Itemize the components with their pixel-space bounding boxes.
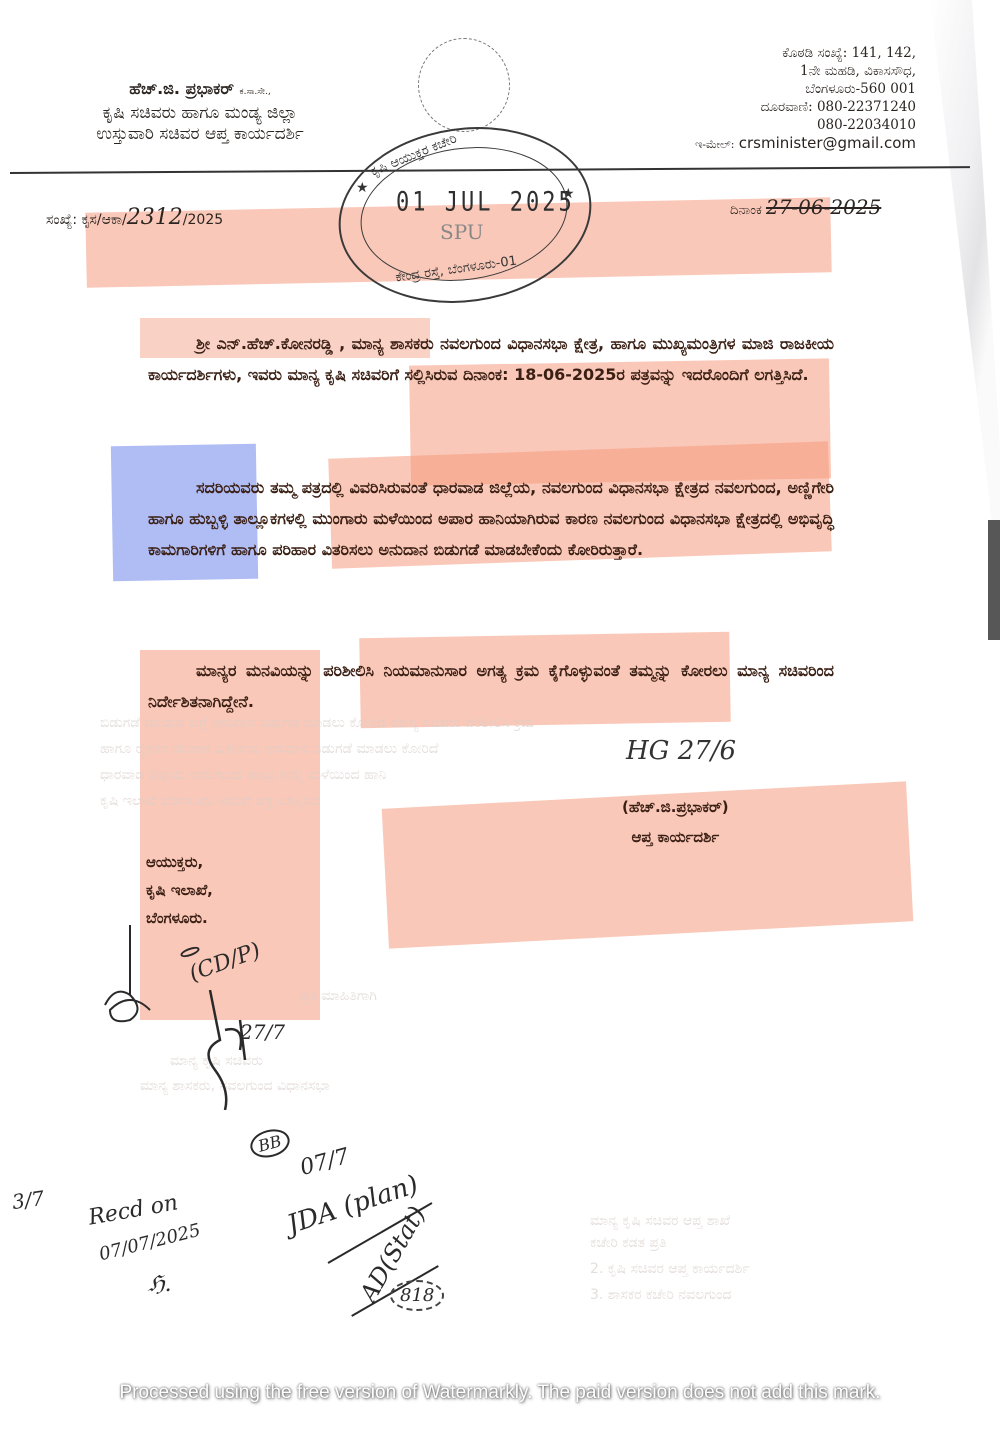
paper-shadow bbox=[988, 520, 1000, 640]
paragraph-3: ಮಾನ್ಯರ ಮನವಿಯನ್ನು ಪರಿಶೀಲಿಸಿ ನಿಯಮಾನುಸಾರ ಅಗ… bbox=[148, 655, 834, 717]
floor-building: 1ನೇ ಮಹಡಿ, ವಿಕಾಸಸೌಧ, bbox=[695, 62, 916, 80]
email-line: ಇ-ಮೇಲ್: crsminister@gmail.com bbox=[695, 134, 916, 154]
bleed-through-text: ಧಾರವಾಡ ಜಿಲ್ಲೆಯ ನವಲಗುಂದ ತಾಲ್ಲೂಕಿನಲ್ಲಿ ಮಳೆ… bbox=[100, 764, 386, 786]
room-number: ಕೊಠಡಿ ಸಂಖ್ಯೆ: 141, 142, bbox=[695, 44, 916, 62]
handwritten-signature-2 bbox=[195, 990, 275, 1110]
bleed-through-text: ಕಚೇರಿ ಕಡತ ಪ್ರತಿ bbox=[590, 1232, 666, 1254]
stamp-date: 01 JUL 2025 bbox=[396, 188, 575, 218]
bleed-through-text: ಮಾನ್ಯ ಕೃಷಿ ಸಚಿವರ ಆಪ್ತ ಶಾಖೆ bbox=[590, 1210, 730, 1232]
handwritten-forward-date: 07/7 bbox=[298, 1144, 352, 1181]
star-icon: ★ bbox=[356, 180, 369, 196]
addressee-line: ಕೃಷಿ ಇಲಾಖೆ, bbox=[146, 876, 213, 904]
handwritten-date: 27-06-2025 bbox=[766, 195, 881, 219]
govt-emblem-stamp bbox=[418, 38, 510, 132]
addressee-line: ಆಯುಕ್ತರು, bbox=[146, 848, 213, 876]
reference-number: ಸಂಖ್ಯೆ: ಕೃಸ/ಆಕಾ/2312/2025 bbox=[46, 205, 223, 230]
watermark-text: Processed using the free version of Wate… bbox=[0, 1382, 1000, 1404]
sender-name: ಹೆಚ್.ಜಿ. ಪ್ರಭಾಕರ್ ಕ.ಸಾ.ಸೇ., bbox=[40, 78, 360, 103]
handwritten-initials: ℌ. bbox=[148, 1272, 172, 1297]
handwritten-date-left: 3/7 bbox=[10, 1186, 45, 1214]
paper-edge bbox=[930, 0, 1000, 560]
handwritten-date-initial: 27/7 bbox=[240, 1020, 285, 1044]
sender-title-2: ಉಸ್ತುವಾರಿ ಸಚಿವರ ಆಪ್ತ ಕಾರ್ಯದರ್ಶಿ bbox=[40, 124, 360, 145]
handwritten-recd: Recd on bbox=[87, 1190, 180, 1230]
bleed-through-text: ಕೃಷಿ ಇಲಾಖೆ ಬೆಂಗಳೂರು ಅವರಿಗೆ ಪತ್ರ ಲಗತ್ತಿಸಿ… bbox=[100, 790, 320, 812]
handwritten-circle-number: 818 bbox=[390, 1280, 444, 1311]
city-pin: ಬೆಂಗಳೂರು-560 001 bbox=[695, 80, 916, 98]
paragraph-1: ಶ್ರೀ ಎನ್.ಹೆಚ್.ಕೋನರಡ್ಡಿ , ಮಾನ್ಯ ಶಾಸಕರು ನವ… bbox=[148, 328, 834, 390]
sender-title-1: ಕೃಷಿ ಸಚಿವರು ಹಾಗೂ ಮಂಡ್ಯ ಜಿಲ್ಲಾ bbox=[40, 103, 360, 124]
handwritten-bb-circle: BB bbox=[247, 1125, 292, 1161]
handwritten-ref-number: 2312 bbox=[127, 205, 183, 230]
signatory-name: (ಹೆಚ್.ಜಿ.ಪ್ರಭಾಕರ್) bbox=[622, 792, 729, 822]
stamp-code: SPU bbox=[440, 220, 484, 244]
bleed-through-text: 3. ಶಾಸಕರ ಕಚೇರಿ ನವಲಗುಂದ bbox=[590, 1284, 731, 1306]
letterhead-sender: ಹೆಚ್.ಜಿ. ಪ್ರಭಾಕರ್ ಕ.ಸಾ.ಸೇ., ಕೃಷಿ ಸಚಿವರು … bbox=[40, 78, 360, 145]
handwritten-signature: HG 27/6 bbox=[626, 736, 736, 766]
email-link[interactable]: crsminister@gmail.com bbox=[739, 134, 916, 152]
letterhead-contact: ಕೊಠಡಿ ಸಂಖ್ಯೆ: 141, 142, 1ನೇ ಮಹಡಿ, ವಿಕಾಸಸ… bbox=[695, 44, 916, 154]
phone-line-2: 080-22034010 bbox=[695, 116, 916, 134]
letter-date: ದಿನಾಂಕ 27-06-2025 bbox=[730, 195, 881, 219]
signature-block: (ಹೆಚ್.ಜಿ.ಪ್ರಭಾಕರ್) ಆಪ್ತ ಕಾರ್ಯದರ್ಶಿ bbox=[622, 792, 729, 852]
phone-line-1: ದೂರವಾಣಿ: 080-22371240 bbox=[695, 98, 916, 116]
bleed-through-text: ಪ್ರತಿ ಮಾಹಿತಿಗಾಗಿ bbox=[300, 985, 377, 1007]
paragraph-2: ಸದರಿಯವರು ತಮ್ಮ ಪತ್ರದಲ್ಲಿ ವಿವರಿಸಿರುವಂತೆ ಧಾ… bbox=[148, 472, 834, 565]
bleed-through-text: ಹಾಗೂ ರೈತರಿಗೆ ಪರಿಹಾರ ವಿತರಿಸಲು ಅನುದಾನ ಬಿಡು… bbox=[100, 738, 438, 760]
bleed-through-text: 2. ಕೃಷಿ ಸಚಿವರ ಆಪ್ತ ಕಾರ್ಯದರ್ಶಿ bbox=[590, 1258, 750, 1280]
signatory-title: ಆಪ್ತ ಕಾರ್ಯದರ್ಶಿ bbox=[622, 822, 729, 852]
